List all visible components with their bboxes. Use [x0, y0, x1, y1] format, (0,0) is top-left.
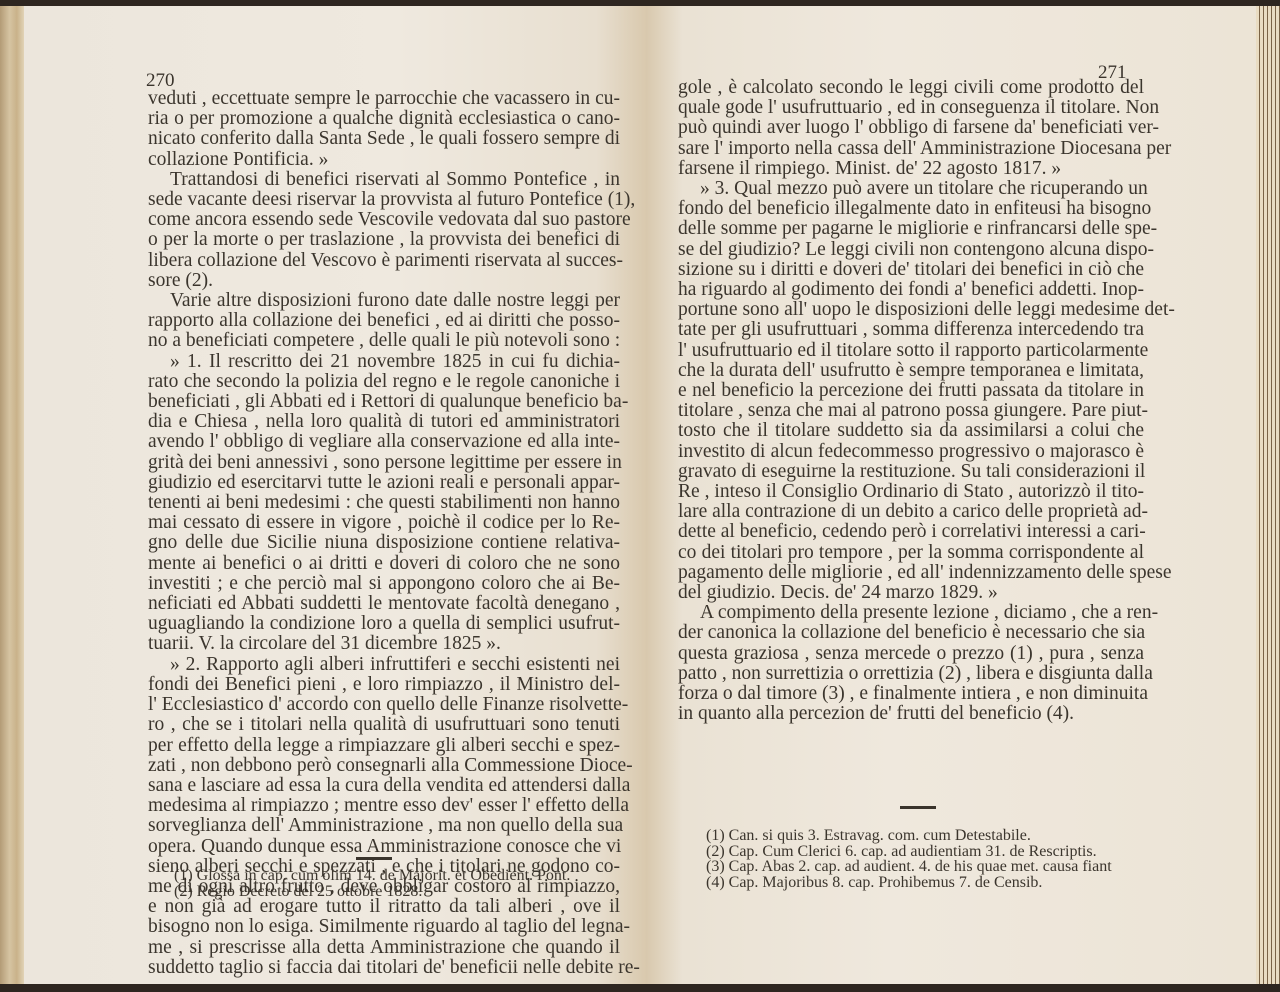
right-page: 271 gole , è calcolato secondo le leggi … — [646, 6, 1256, 984]
page-body-text: gole , è calcolato secondo le leggi civi… — [678, 78, 1144, 725]
text-line: zati , non debbono però consegnarli alla… — [148, 756, 620, 776]
text-line: rapporto alla collazione dei benefici , … — [148, 311, 620, 331]
text-line: gole , è calcolato secondo le leggi civi… — [678, 78, 1144, 98]
text-line: sorveglianza dell' Amministrazione , ma … — [148, 816, 620, 836]
text-line: ria o per promozione a qualche dignità e… — [148, 109, 620, 129]
open-book: 270 veduti , eccettuate sempre le parroc… — [0, 6, 1280, 984]
book-edge-right — [1256, 6, 1280, 984]
text-line: pagamento delle migliorie , ed all' inde… — [678, 563, 1144, 583]
text-line: uguagliando la condizione loro a quella … — [148, 614, 620, 634]
text-line: ha riguardo al godimento dei fondi a' be… — [678, 280, 1144, 300]
footnote: (4) Cap. Majoribus 8. cap. Prohibemus 7.… — [706, 875, 1112, 891]
text-line: mente ai benefici o ai dritti e doveri d… — [148, 554, 620, 574]
text-line: tenenti ai beni medesimi : che questi st… — [148, 493, 620, 513]
text-line: e non già ad erogare tutto il ritratto d… — [148, 897, 620, 917]
text-line: giudizio ed esercitarvi tutte le azioni … — [148, 473, 620, 493]
page-body-text: veduti , eccettuate sempre le parrocchie… — [148, 89, 620, 978]
text-line: dette al beneficio, cedendo però i corre… — [678, 522, 1144, 542]
text-line: tuarii. V. la circolare del 31 dicembre … — [148, 634, 620, 654]
text-line: no a beneficiati competere , delle quali… — [148, 331, 620, 351]
text-line: beneficiati , gli Abbati ed i Rettori di… — [148, 392, 620, 412]
text-line: » 3. Qual mezzo può avere un titolare ch… — [678, 179, 1144, 199]
text-line: me , si prescrisse alla detta Amministra… — [148, 938, 620, 958]
footnote: (1) Glossa in cap. cum olim 14. de Major… — [174, 868, 570, 884]
text-line: che la durata dell' usufrutto è sempre t… — [678, 361, 1144, 381]
text-line: sede vacante deesi riservar la provvista… — [148, 190, 620, 210]
text-line: Trattandosi di benefici riservati al Som… — [148, 170, 620, 190]
footnote: (3) Cap. Abas 2. cap. ad audient. 4. de … — [706, 859, 1112, 875]
text-line: questa graziosa , senza mercede o prezzo… — [678, 644, 1144, 664]
text-line: gravato di eseguirne la restituzione. Su… — [678, 462, 1144, 482]
text-line: Re , inteso il Consiglio Ordinario di St… — [678, 482, 1144, 502]
text-line: mai cessato di essere in vigore , poichè… — [148, 513, 620, 533]
text-line: farsene il rimpiego. Minist. de' 22 agos… — [678, 159, 1144, 179]
footnote-divider — [356, 857, 392, 860]
book-edge-left — [0, 6, 24, 984]
text-line: fondo del beneficio illegalmente dato in… — [678, 199, 1144, 219]
text-line: sare l' importo nella cassa dell' Ammini… — [678, 139, 1144, 159]
text-line: ro , che se i titolari nella qualità di … — [148, 715, 620, 735]
text-line: l' usufruttuario ed il titolare sotto il… — [678, 341, 1144, 361]
text-line: può quindi aver luogo l' obbligo di fars… — [678, 118, 1144, 138]
text-line: suddetto taglio si faccia dai titolari d… — [148, 958, 620, 978]
text-line: e nel beneficio la percezione dei frutti… — [678, 381, 1144, 401]
text-line: l' Ecclesiastico d' accordo con quello d… — [148, 695, 620, 715]
text-line: » 2. Rapporto agli alberi infruttiferi e… — [148, 655, 620, 675]
text-line: quale gode l' usufruttuario , ed in cons… — [678, 98, 1144, 118]
text-line: dia e Chiesa , nella loro qualità di tut… — [148, 412, 620, 432]
text-line: gno delle due Sicilie niuna disposizione… — [148, 533, 620, 553]
text-line: Varie altre disposizioni furono date dal… — [148, 291, 620, 311]
text-line: investito di alcun fedecommesso progress… — [678, 442, 1144, 462]
text-line: opera. Quando dunque essa Amministrazion… — [148, 837, 620, 857]
text-line: bisogno non lo esiga. Similmente riguard… — [148, 917, 620, 937]
text-line: portune sono all' uopo le disposizioni d… — [678, 300, 1144, 320]
footnote-divider — [900, 806, 936, 809]
text-line: A compimento della presente lezione , di… — [678, 603, 1144, 623]
text-line: medesima al rimpiazzo ; mentre esso dev'… — [148, 796, 620, 816]
text-line: tate per gli usufruttuari , somma differ… — [678, 320, 1144, 340]
text-line: collazione Pontificia. » — [148, 150, 620, 170]
text-line: nicato conferito dalla Santa Sede , le q… — [148, 129, 620, 149]
text-line: co dei titolari pro tempore , per la som… — [678, 543, 1144, 563]
text-line: fondi dei Benefici pieni , e loro rimpia… — [148, 675, 620, 695]
text-line: forza o dal timore (3) , e finalmente in… — [678, 684, 1144, 704]
footnotes: (1) Can. si quis 3. Estravag. com. cum D… — [706, 828, 1112, 890]
text-line: grità dei beni annessivi , sono persone … — [148, 453, 620, 473]
text-line: titolare , senza che mai al patrono poss… — [678, 401, 1144, 421]
text-line: neficiati ed Abbati suddetti le mentovat… — [148, 594, 620, 614]
text-line: » 1. Il rescritto dei 21 novembre 1825 i… — [148, 352, 620, 372]
text-line: del giudizio. Decis. de' 24 marzo 1829. … — [678, 583, 1144, 603]
text-line: sana e lasciare ad essa la cura della ve… — [148, 776, 620, 796]
footnote: (2) Regio Decreto del 25 ottobre 1828. — [174, 884, 570, 900]
text-line: der canonica la collazione del beneficio… — [678, 623, 1144, 643]
text-line: per effetto della legge a rimpiazzare gl… — [148, 736, 620, 756]
left-page: 270 veduti , eccettuate sempre le parroc… — [24, 6, 646, 984]
text-line: come ancora essendo sede Vescovile vedov… — [148, 210, 620, 230]
text-line: o per la morte o per traslazione , la pr… — [148, 230, 620, 250]
footnote: (1) Can. si quis 3. Estravag. com. cum D… — [706, 828, 1112, 844]
text-line: delle somme per pagarne le migliorie e r… — [678, 219, 1144, 239]
text-line: in quanto alla percezion de' frutti del … — [678, 704, 1144, 724]
text-line: tosto che il titolare suddetto sia da as… — [678, 421, 1144, 441]
text-line: libera collazione del Vescovo è pariment… — [148, 251, 620, 271]
text-line: veduti , eccettuate sempre le parrocchie… — [148, 89, 620, 109]
text-line: se del giudizio? Le leggi civili non con… — [678, 240, 1144, 260]
text-line: rato che secondo la polizia del regno e … — [148, 372, 620, 392]
footnote: (2) Cap. Cum Clerici 6. cap. ad audienti… — [706, 844, 1112, 860]
text-line: sore (2). — [148, 271, 620, 291]
footnotes: (1) Glossa in cap. cum olim 14. de Major… — [174, 868, 570, 899]
text-line: avendo l' obbligo di vegliare alla conse… — [148, 432, 620, 452]
text-line: sizione su i diritti e doveri de' titola… — [678, 260, 1144, 280]
text-line: lare alla contrazione di un debito a car… — [678, 502, 1144, 522]
text-line: patto , non surrettizia o orrettizia (2)… — [678, 664, 1144, 684]
text-line: investiti ; e che perciò mal si appongon… — [148, 574, 620, 594]
